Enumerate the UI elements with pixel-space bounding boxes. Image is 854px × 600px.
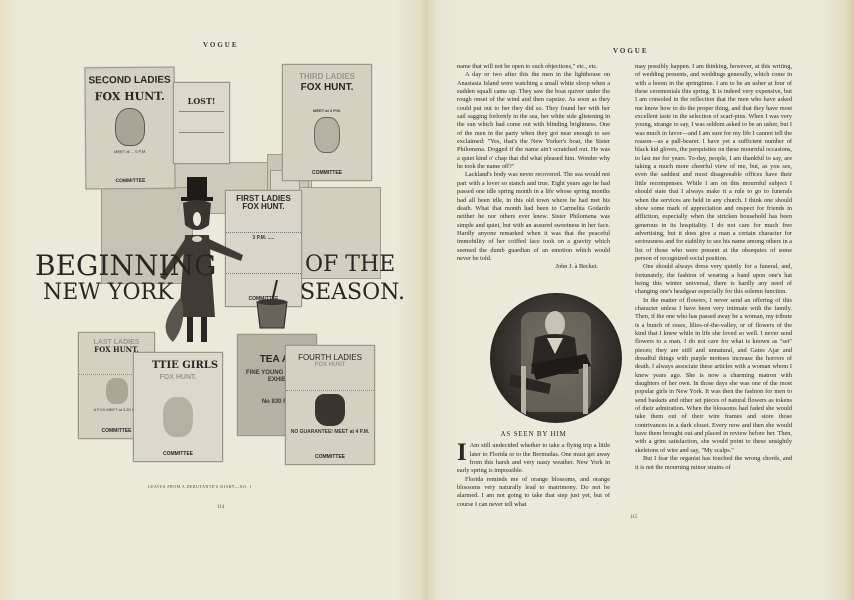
running-head-left: VOGUE bbox=[203, 41, 239, 49]
left-page: VOGUE SECOND LADIES FOX HUNT. MEET at ..… bbox=[0, 0, 427, 600]
poster-heading: TTIE GIRLS bbox=[134, 361, 222, 372]
paragraph: But I fear the organist has touched the … bbox=[635, 455, 792, 472]
paragraph: may possibly happen. I am thinking, howe… bbox=[635, 63, 792, 263]
poster-subheading: FOX HUNT. bbox=[86, 90, 174, 102]
poster-text-lines bbox=[179, 111, 224, 133]
poster-heading: FOURTH LADIES bbox=[286, 354, 374, 362]
poster-footer: COMMITTEE bbox=[134, 451, 222, 457]
poster-second-ladies: SECOND LADIES FOX HUNT. MEET at ... 5 P.… bbox=[84, 67, 175, 190]
caricature-face-icon bbox=[115, 108, 145, 146]
poster-lost: LOST! bbox=[173, 82, 230, 164]
fox-hunt-illustration: SECOND LADIES FOX HUNT. MEET at ... 5 P.… bbox=[55, 62, 380, 467]
poster-third-ladies: THIRD LADIES FOX HUNT. MEET at 3 P.M. CO… bbox=[282, 64, 372, 181]
title-of-the: OF THE bbox=[305, 254, 395, 276]
article-column-left: name that will not be open to such objec… bbox=[457, 63, 610, 272]
illustration-caption: LEAVES FROM A DEBUTANTE'S DIARY—NO. I bbox=[148, 484, 251, 489]
author-signature: John J. à Becket. bbox=[457, 263, 610, 271]
paragraph: A day or two after this the men in the l… bbox=[457, 71, 610, 171]
caricature-uncle-sam-icon bbox=[315, 394, 345, 426]
poster-footer: COMMITTEE bbox=[286, 454, 374, 460]
paragraph: Am still undecided whether to take a fly… bbox=[457, 442, 610, 475]
poster-subheading: FOX HUNT. bbox=[134, 374, 222, 381]
poster-text-lines bbox=[286, 372, 374, 391]
poster-little-girls: TTIE GIRLS FOX HUNT. COMMITTEE bbox=[133, 352, 223, 462]
poster-detail: MEET at 3 P.M. bbox=[283, 108, 371, 113]
right-page: VOGUE name that will not be open to such… bbox=[427, 0, 854, 600]
section-title: AS SEEN BY HIM bbox=[457, 430, 610, 438]
poster-detail: MEET at ... 5 P.M. bbox=[86, 149, 174, 155]
caricature-face-icon bbox=[106, 378, 128, 404]
drop-cap: I bbox=[457, 443, 467, 463]
page-number-left: 114 bbox=[217, 505, 224, 510]
running-head-right: VOGUE bbox=[613, 47, 649, 55]
title-season: SEASON. bbox=[300, 282, 405, 304]
seated-man-portrait-icon bbox=[491, 294, 621, 422]
poster-detail: NO GUARANTEE! MEET at 4 P.M. bbox=[286, 429, 374, 436]
poster-footer: COMMITTEE bbox=[283, 170, 371, 176]
caricature-cat-icon bbox=[314, 117, 340, 153]
title-new-york: NEW YORK bbox=[43, 282, 173, 304]
poster-heading: THIRD LADIES bbox=[283, 73, 371, 81]
paragraph: name that will not be open to such objec… bbox=[457, 63, 610, 71]
poster-subheading: FOX HUNT bbox=[286, 362, 374, 368]
article-column-right: may possibly happen. I am thinking, howe… bbox=[635, 63, 792, 472]
caricature-figure-icon bbox=[163, 397, 193, 437]
paragraph: One should always dress very quietly for… bbox=[635, 263, 792, 296]
portrait-photo bbox=[490, 293, 622, 423]
paragraph: In the matter of flowers, I never send a… bbox=[635, 297, 792, 456]
as-seen-by-him-section: AS SEEN BY HIM I Am still undecided whet… bbox=[457, 428, 610, 509]
paste-bucket-icon bbox=[253, 280, 293, 330]
poster-subheading: FOX HUNT. bbox=[283, 83, 371, 94]
poster-fourth-ladies: FOURTH LADIES FOX HUNT NO GUARANTEE! MEE… bbox=[285, 345, 375, 465]
paragraph: Lackland's body was never recovered. The… bbox=[457, 171, 610, 263]
poster-heading: LOST! bbox=[174, 97, 229, 105]
paragraph: Florida reminds me of orange blossoms, a… bbox=[457, 476, 610, 509]
poster-heading: SECOND LADIES bbox=[86, 76, 174, 87]
title-beginning: BEGINNING bbox=[35, 252, 216, 280]
page-number-right: 115 bbox=[630, 515, 637, 520]
